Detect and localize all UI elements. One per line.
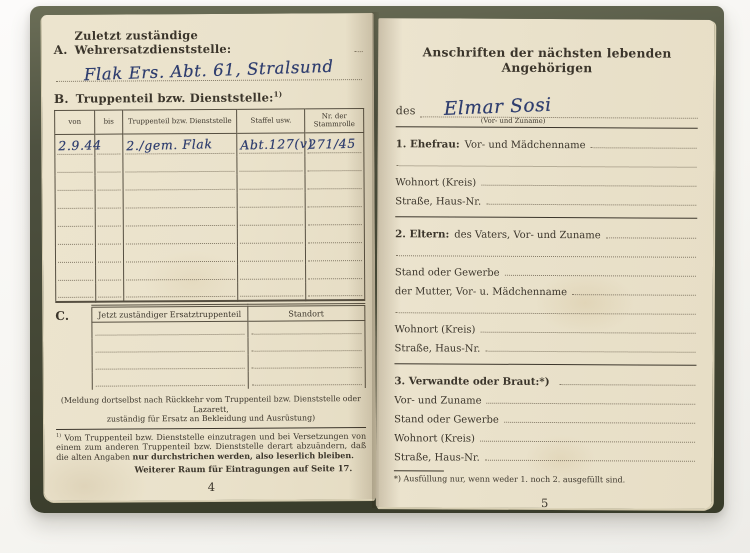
dotted-line (505, 275, 696, 277)
field-eltern-lead: 2. Eltern: (395, 228, 449, 240)
owner-caption: (Vor- und Zuname) (481, 117, 546, 125)
dotted-line (355, 51, 363, 52)
dotted-line (481, 185, 696, 187)
column-truppenteil: Truppenteil bzw. Dienststelle (123, 109, 237, 133)
field-strasse-label: Straße, Haus-Nr. (394, 452, 480, 463)
field-stand-label: Stand oder Gewerbe (394, 414, 499, 426)
field-wohnort-label: Wohnort (Kreis) (394, 433, 475, 444)
footnote-reference: 1) (274, 90, 283, 99)
left-page: A. Zuletzt zuständige Wehrersatzdienstst… (42, 13, 377, 501)
book-spine-gutter (372, 12, 379, 508)
column-ersatztruppenteil: Jetzt zuständiger Ersatztruppenteil (92, 305, 248, 322)
reporting-note: (Meldung dortselbst nach Rückkehr vom Tr… (56, 394, 366, 424)
field-strasse-3: Straße, Haus-Nr. (394, 444, 696, 465)
dotted-line (486, 204, 696, 206)
footnote-divider (394, 470, 444, 471)
field-wohnort-label: Wohnort (Kreis) (395, 324, 476, 335)
field-vorzuname: Vor- und Zuname (394, 387, 696, 408)
footnote-1: 1) Vom Truppenteil bzw. Dienststelle ein… (56, 431, 366, 463)
empty-table-row (92, 371, 365, 390)
field-strasse-label: Straße, Haus-Nr. (395, 343, 481, 354)
owner-prefix: des (396, 104, 416, 117)
handwritten-unit-entry: Flak Ers. Abt. 61, Stralsund (84, 57, 334, 84)
page-number-4: 4 (56, 479, 366, 495)
empty-table-row (56, 282, 365, 302)
empty-table-row (92, 320, 365, 339)
empty-table-row (55, 228, 364, 248)
reporting-note-line2: zuständig für Ersatz an Bekleidung und A… (56, 413, 366, 424)
field-ehefrau: 1. Ehefrau: Vor- und Mädchenname (396, 131, 698, 152)
column-standort: Standort (247, 304, 364, 321)
reporting-note-line1: (Meldung dortselbst nach Rückkehr vom Tr… (56, 394, 366, 415)
field-stand-label: Stand oder Gewerbe (395, 267, 500, 279)
dotted-line (485, 460, 695, 462)
continuation-line (395, 240, 697, 261)
field-verwandte: 3. Verwandte oder Braut:*) (394, 368, 696, 389)
service-record-table: von bis Truppenteil bzw. Dienststelle St… (54, 108, 365, 303)
section-divider (394, 363, 696, 366)
footnote-star: *) Ausfüllung nur, wenn weder 1. noch 2.… (394, 474, 696, 485)
footnote-1-marker: 1) (56, 433, 61, 439)
dotted-line (504, 422, 695, 424)
section-divider (396, 126, 698, 129)
entry-roll-number: 271/45 (308, 135, 356, 151)
service-entry-row: 2.9.44 2./gem. Flak Abt.127(v) 271/45 (55, 132, 364, 157)
field-mutter-label: der Mutter, Vor- u. Mädchenname (395, 286, 567, 298)
replacement-unit-table: Jetzt zuständiger Ersatztruppenteil Stan… (91, 303, 366, 390)
military-id-booklet: A. Zuletzt zuständige Wehrersatzdienstst… (30, 6, 724, 513)
footnote-divider (56, 427, 366, 430)
column-staffel: Staffel usw. (237, 109, 305, 133)
dotted-line (560, 384, 696, 386)
empty-table-row (55, 210, 364, 230)
section-a-entry-line: Flak Ers. Abt. 61, Stralsund (56, 55, 362, 82)
field-mutter: der Mutter, Vor- u. Mädchenname (395, 278, 697, 299)
field-ehefrau-label: Vor- und Mädchenname (465, 140, 586, 152)
section-b-label: B. (54, 92, 69, 106)
dotted-line (396, 255, 696, 258)
empty-table-row (55, 246, 364, 266)
dotted-line (606, 237, 696, 238)
empty-table-row (55, 174, 364, 194)
field-wohnort-1: Wohnort (Kreis) (395, 169, 697, 190)
field-wohnort-3: Wohnort (Kreis) (394, 425, 696, 446)
section-c-label: C. (55, 305, 92, 391)
dotted-line (480, 332, 695, 334)
section-b-row: B. Truppenteil bzw. Dienststelle:1) (54, 87, 364, 106)
footnote-1-bold: nur durchstrichen werden, also leserlich… (133, 450, 354, 461)
field-ehefrau-lead: 1. Ehefrau: (396, 138, 460, 150)
entry-date: 2.9.44 (58, 137, 102, 153)
column-stammrolle: Nr. der Stammrolle (305, 109, 364, 133)
page-number-5: 5 (394, 495, 696, 509)
empty-table-row (92, 354, 365, 373)
section-divider (395, 216, 697, 219)
continuation-line (395, 297, 697, 318)
section-c-row: C. Jetzt zuständiger Ersatztruppenteil S… (55, 303, 366, 390)
section-a-row: A. Zuletzt zuständige Wehrersatzdienstst… (54, 39, 364, 57)
dotted-line: Elmar Sosi (Vor- und Zuname) (420, 87, 698, 118)
column-bis: bis (95, 110, 123, 134)
field-wohnort-label: Wohnort (Kreis) (395, 177, 476, 188)
table-header-row: von bis Truppenteil bzw. Dienststelle St… (55, 109, 364, 135)
empty-table-row (55, 192, 364, 212)
dotted-line (572, 294, 696, 296)
more-space-note: Weiterer Raum für Eintragungen auf Seite… (56, 463, 366, 475)
field-wohnort-2: Wohnort (Kreis) (395, 316, 697, 337)
dotted-line (485, 351, 695, 353)
section-a-title: Zuletzt zuständige Wehrersatzdienststell… (74, 27, 349, 57)
field-strasse-2: Straße, Haus-Nr. (395, 335, 697, 356)
field-eltern: 2. Eltern: des Vaters, Vor- und Zuname (395, 221, 697, 242)
empty-table-row (55, 156, 364, 176)
continuation-line (395, 150, 697, 171)
field-stand-2: Stand oder Gewerbe (394, 406, 696, 427)
photo-background: A. Zuletzt zuständige Wehrersatzdienstst… (0, 0, 750, 553)
field-eltern-label: des Vaters, Vor- und Zuname (454, 230, 600, 242)
entry-unit: 2./gem. Flak (126, 136, 213, 153)
owner-name-line: des Elmar Sosi (Vor- und Zuname) (396, 87, 698, 119)
field-stand-1: Stand oder Gewerbe (395, 259, 697, 280)
field-verwandte-lead: 3. Verwandte oder Braut:*) (394, 375, 549, 388)
entry-battalion: Abt.127(v) (240, 136, 313, 153)
dotted-line (487, 403, 696, 405)
field-strasse-label: Straße, Haus-Nr. (395, 196, 481, 207)
right-page: Anschriften der nächsten lebenden Angehö… (376, 18, 715, 509)
section-b-title: Truppenteil bzw. Dienststelle:1) (76, 90, 283, 106)
table-header-row: Jetzt zuständiger Ersatztruppenteil Stan… (92, 304, 365, 322)
dotted-line (591, 147, 697, 149)
empty-table-row (56, 264, 365, 284)
field-vorzuname-label: Vor- und Zuname (394, 395, 481, 406)
field-strasse-1: Straße, Haus-Nr. (395, 188, 697, 209)
empty-table-row (92, 337, 365, 356)
column-von: von (55, 110, 95, 134)
page-title: Anschriften der nächsten lebenden Angehö… (396, 44, 698, 76)
dotted-line (397, 165, 697, 168)
dotted-line (480, 441, 695, 443)
section-a-label: A. (54, 43, 68, 57)
dotted-line (396, 312, 696, 315)
